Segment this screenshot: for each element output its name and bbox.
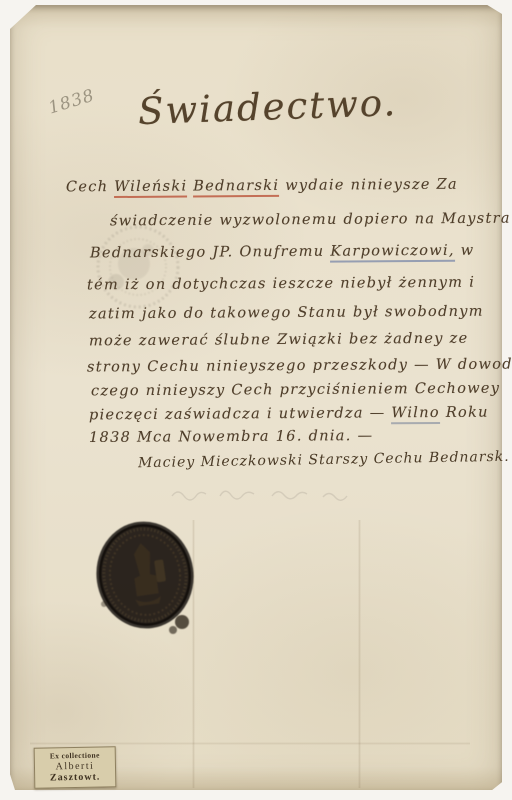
handwritten-text: strony Cechu ninieyszego przeszkody — W … bbox=[87, 357, 512, 376]
underlined-word: Wileński bbox=[114, 179, 187, 199]
handwritten-text: zatim jako do takowego Stanu był swobodn… bbox=[89, 304, 484, 323]
underlined-word: Bednarski bbox=[193, 178, 279, 198]
underlined-word: Wilno bbox=[391, 405, 440, 424]
handwritten-line: strony Cechu ninieyszego przeszkody — W … bbox=[87, 357, 512, 376]
handwritten-text: czego ninieyszy Cech przyciśnieniem Cech… bbox=[91, 381, 500, 400]
handwritten-line: zatim jako do takowego Stanu był swobodn… bbox=[89, 304, 484, 323]
handwritten-text: Bednarskiego JP. Onufremu bbox=[90, 244, 330, 262]
handwritten-line: pieczęci zaświadcza i utwierdza — Wilno … bbox=[89, 405, 489, 424]
guild-wax-ink-seal bbox=[90, 518, 205, 647]
handwritten-text: świadczenie wyzwolonemu dopiero na Mayst… bbox=[110, 211, 511, 230]
collection-label-line3: Zasztowt. bbox=[37, 771, 113, 783]
scanned-document-page: 1838 Świadectwo. Cech Wileński Bednarski… bbox=[0, 0, 512, 800]
document-title: Świadectwo. bbox=[137, 82, 374, 133]
collection-label-line1: Ex collectione bbox=[37, 750, 113, 760]
handwritten-text: Cech bbox=[66, 179, 114, 195]
underlined-word: Karpowiczowi, bbox=[330, 243, 455, 263]
handwritten-line: czego ninieyszy Cech przyciśnieniem Cech… bbox=[91, 381, 500, 400]
handwritten-text: w bbox=[455, 243, 475, 259]
handwritten-line: świadczenie wyzwolonemu dopiero na Mayst… bbox=[110, 211, 511, 230]
handwritten-line: Bednarskiego JP. Onufremu Karpowiczowi, … bbox=[90, 243, 475, 262]
collection-label: Ex collectione Alberti Zasztowt. bbox=[34, 746, 117, 788]
handwritten-text: pieczęci zaświadcza i utwierdza — bbox=[89, 405, 391, 423]
handwritten-line: tém iż on dotychczas ieszcze niebył żenn… bbox=[87, 275, 475, 294]
handwritten-line: 1838 Mca Nowembra 16. dnia. — bbox=[89, 428, 373, 446]
paper-crease bbox=[30, 742, 470, 745]
handwritten-text: może zawerać ślubne Związki bez żadney z… bbox=[89, 331, 469, 350]
handwritten-text: Roku bbox=[440, 405, 489, 421]
handwritten-line: Cech Wileński Bednarski wydaie ninieysze… bbox=[66, 177, 458, 196]
paper-crease bbox=[358, 520, 361, 788]
handwritten-line: może zawerać ślubne Związki bez żadney z… bbox=[89, 331, 469, 350]
handwritten-text: wydaie ninieysze Za bbox=[279, 177, 458, 194]
handwritten-text: 1838 Mca Nowembra 16. dnia. — bbox=[89, 428, 373, 446]
handwritten-text: tém iż on dotychczas ieszcze niebył żenn… bbox=[87, 275, 475, 294]
faint-pencil-inscription bbox=[168, 482, 418, 508]
